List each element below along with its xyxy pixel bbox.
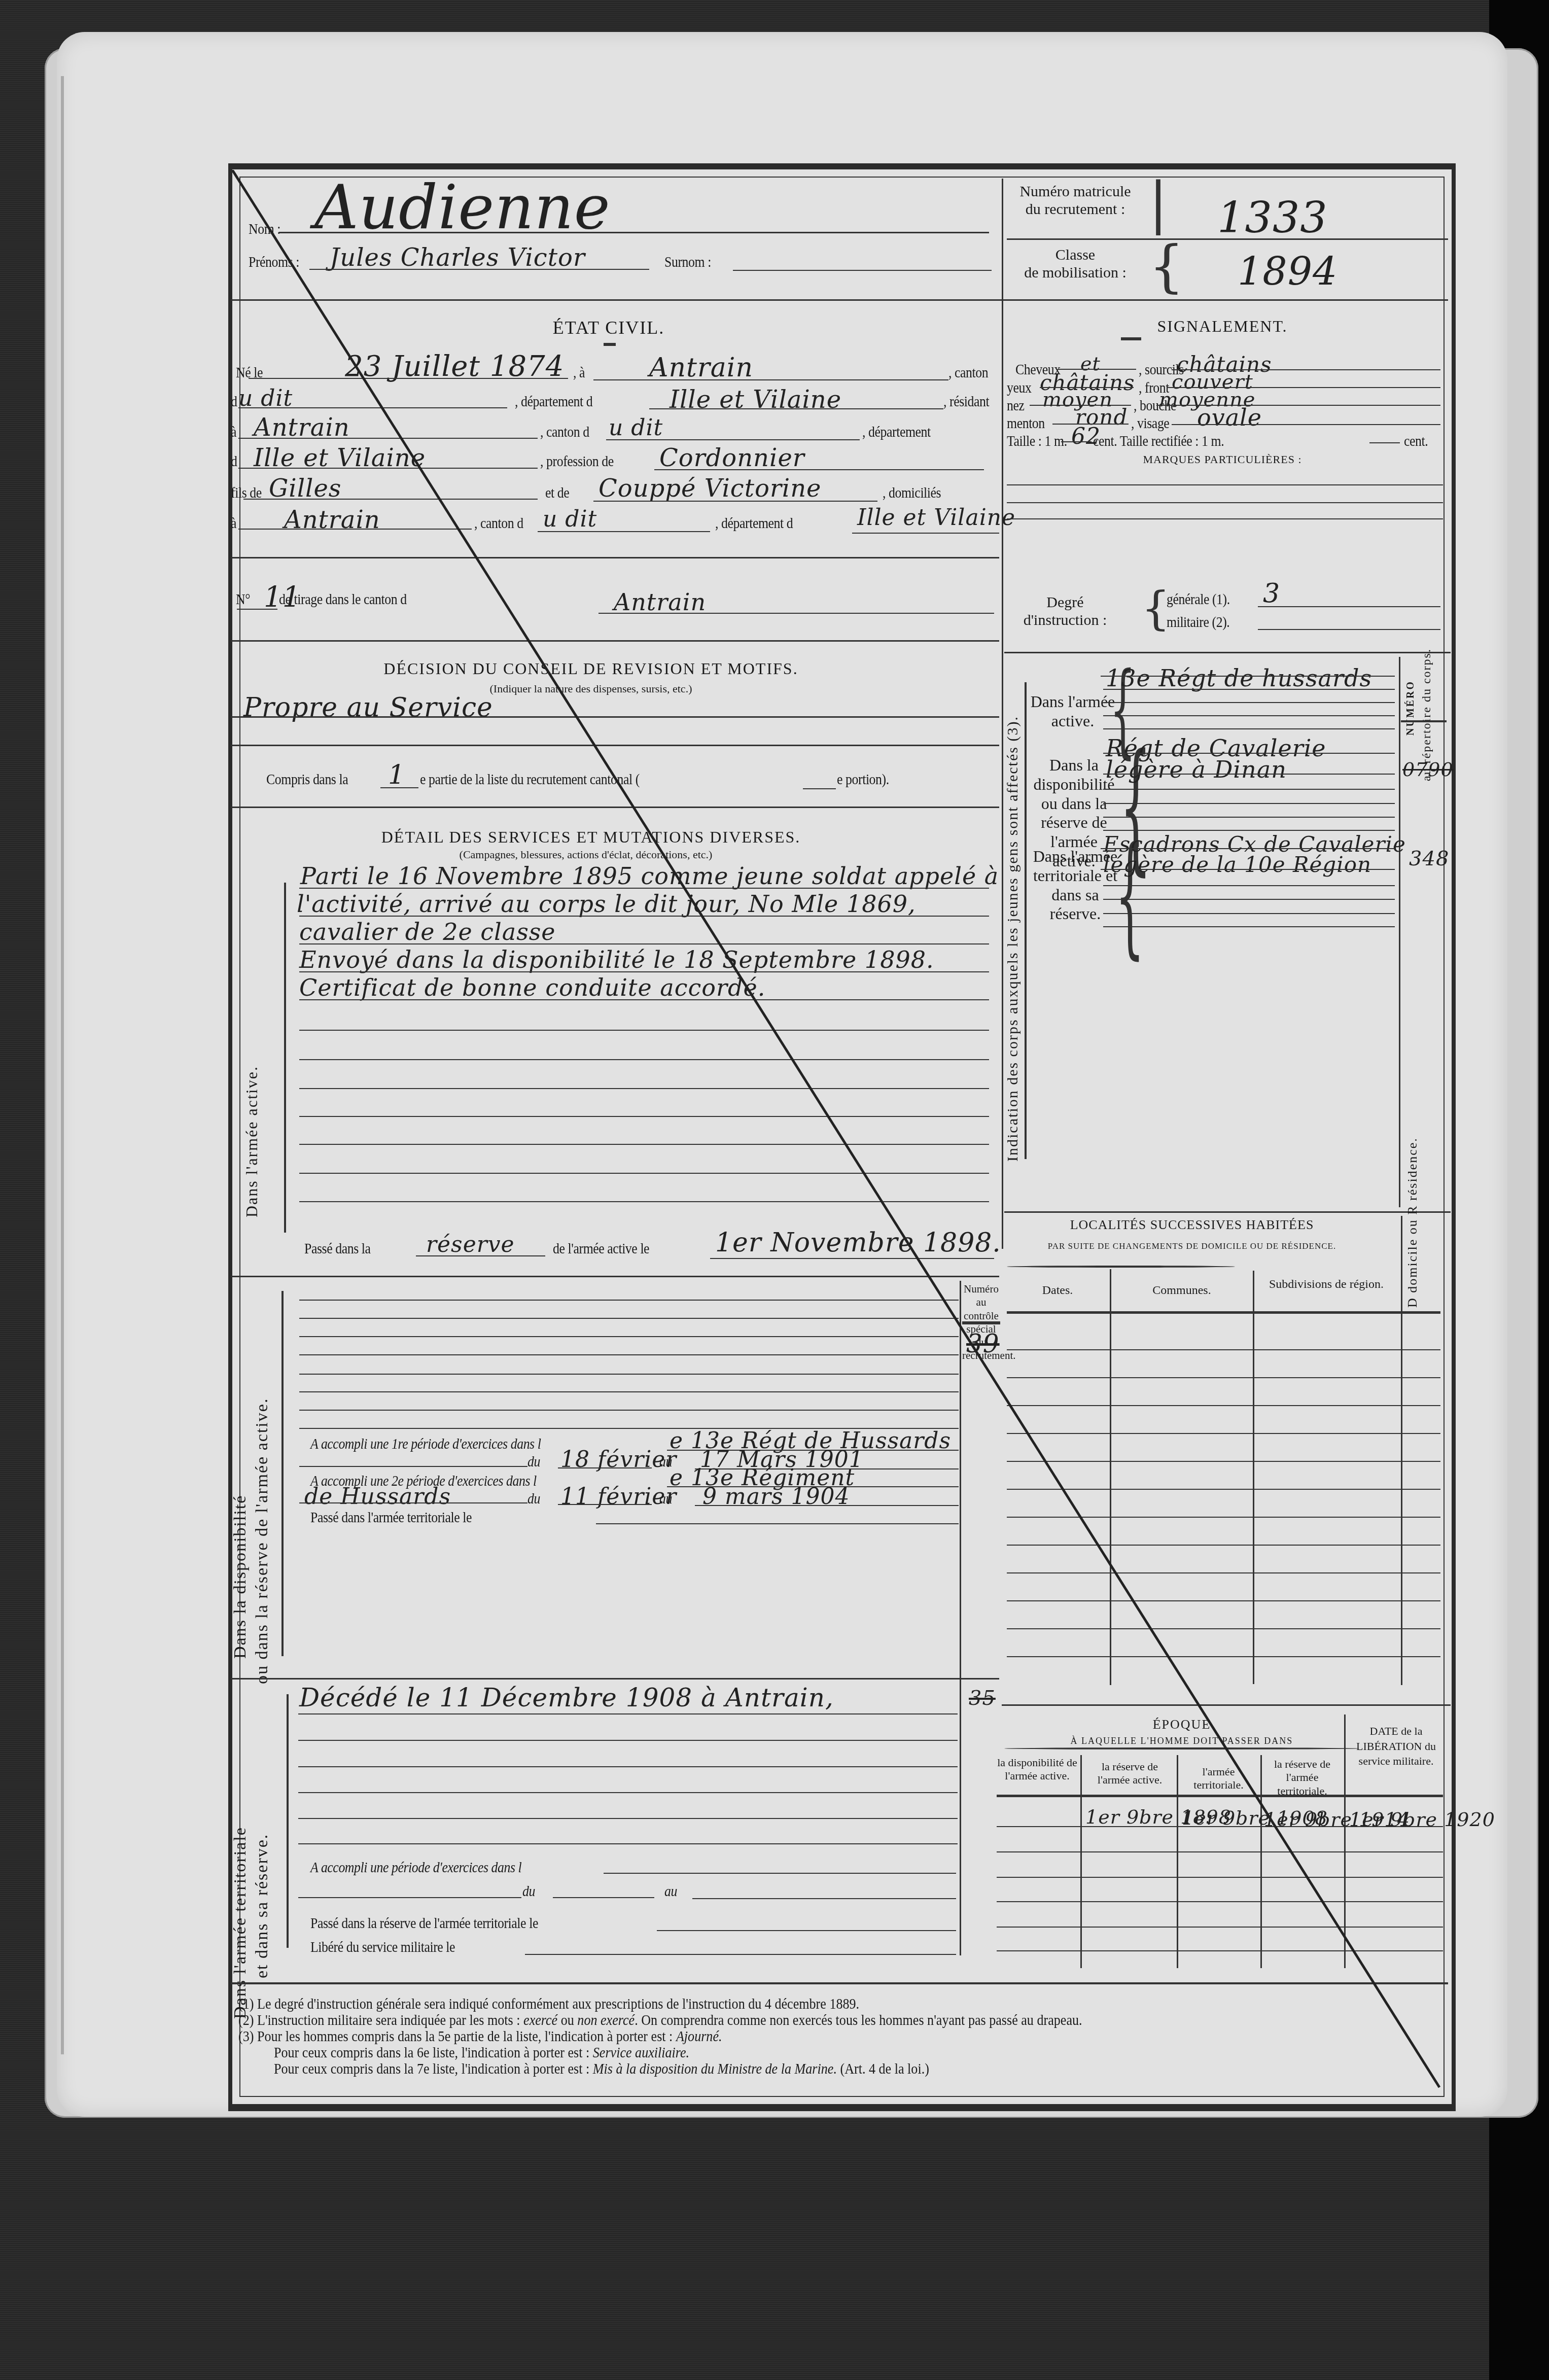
compris-label-1: Compris dans la (266, 771, 348, 788)
services-rule-4 (299, 971, 989, 972)
epoque-rule-5 (997, 1927, 1443, 1928)
corps-row-0-value-1: 13e Régt de hussards (1106, 664, 1372, 692)
departement-underline (649, 408, 943, 409)
services-divider (231, 1276, 999, 1277)
parents-domicile-underline (238, 529, 472, 530)
dispo-rule-4 (299, 1354, 959, 1355)
tirage-no-label: N° (236, 591, 250, 608)
services-rule-11 (299, 1173, 989, 1174)
services-line-5: Certificat de bonne conduite accordé. (299, 974, 765, 1001)
epoque-subtitle: À LAQUELLE L'HOMME DOIT PASSER DANS (1004, 1736, 1359, 1746)
footnote-3-ajourne: Ajourné. (676, 2028, 722, 2045)
classe-brace: { (1149, 238, 1184, 294)
periode1-du-label: du (527, 1453, 540, 1471)
marques-rule-3 (1007, 518, 1443, 519)
territoriale-side-label-1: Dans l'armée territoriale (231, 1735, 250, 2019)
departement2-label: , département (862, 424, 931, 441)
corps-row-1-rule-6 (1103, 830, 1395, 831)
matricule-label-line1: Numéro matricule (1009, 183, 1141, 200)
terr-rule-1 (298, 1713, 958, 1714)
prenoms-underline (309, 269, 649, 270)
a2-label: à (231, 424, 236, 441)
taille-rectifiee-underline (1369, 442, 1400, 443)
compris-underline (380, 787, 418, 788)
services-rule-10 (299, 1144, 989, 1145)
territoriale-numero-value: 35 (969, 1687, 996, 1710)
footnote-3-text: (3) Pour les hommes compris dans la 5e p… (238, 2028, 676, 2045)
localites-title: LOCALITÉS SUCCESSIVES HABITÉES (1035, 1217, 1349, 1233)
corps-row-1-value-2: légère à Dinan (1106, 756, 1287, 783)
d-label: d (231, 393, 237, 410)
corps-row-2-rule-6 (1103, 926, 1395, 927)
terr-reserve-underline (657, 1930, 956, 1931)
territoriale-passe-underline (596, 1523, 959, 1524)
corps-row-1-rule-3 (1103, 789, 1395, 790)
instruction-divider (1004, 652, 1451, 653)
epoque-rule-6 (997, 1950, 1443, 1951)
decision-value: Propre au Service (243, 692, 493, 723)
services-rule-2 (299, 916, 989, 917)
marques-rule-1 (1007, 484, 1443, 485)
corps-numero-divider (1399, 657, 1400, 1207)
localites-col-divider-2 (1253, 1271, 1254, 1684)
territoriale-bracket (287, 1694, 289, 1948)
corps-row-0-rule-4 (1103, 715, 1395, 716)
services-rule-7 (299, 1059, 989, 1060)
etat-civil-divider (231, 557, 999, 558)
services-rule-6 (299, 1030, 989, 1031)
epoque-col-3-header: la réserve de l'armée territoriale. (1263, 1758, 1342, 1798)
pere-underline (243, 499, 538, 500)
localites-rule-11 (1007, 1628, 1440, 1629)
localites-col-dates: Dates. (1009, 1283, 1106, 1298)
tirage-canton-value: Antrain (614, 588, 706, 616)
canton2-underline (606, 439, 860, 440)
marques-title: MARQUES PARTICULIÈRES : (1065, 453, 1380, 466)
decision-line-2 (231, 745, 999, 746)
territoriale-numero-divider (960, 1679, 961, 1955)
localites-col-communes: Communes. (1116, 1283, 1248, 1298)
etat-civil-rule (604, 343, 616, 346)
degre-label-line1: Degré (1019, 593, 1111, 611)
profession-label: , profession de (540, 453, 614, 470)
epoque-col-divider-1 (1080, 1755, 1082, 1968)
corps-row-0-rule-2 (1103, 689, 1395, 690)
footnote-2-exerce: exercé (523, 2012, 557, 2028)
services-line-1: Parti le 16 Novembre 1895 comme jeune so… (300, 862, 999, 890)
matricule-value: 1333 (1217, 193, 1328, 242)
departement-label: , département d (515, 393, 592, 410)
localites-rule-12 (1007, 1656, 1440, 1657)
terr-rule-5 (298, 1818, 958, 1819)
localites-col-subdivisions: Subdivisions de région. (1258, 1277, 1395, 1291)
classe-value: 1894 (1238, 249, 1337, 294)
epoque-header-rule (997, 1795, 1443, 1797)
localites-rule-3 (1007, 1405, 1440, 1406)
domicilies-label: , domiciliés (883, 484, 941, 502)
periode2-du-label: du (527, 1490, 540, 1508)
epoque-brace (1004, 1747, 1359, 1749)
matricule-brace: | (1149, 175, 1168, 231)
corps-numero-header-1: NUMÉRO (1405, 664, 1417, 736)
visage-value: ovale (1197, 404, 1262, 431)
localites-divider (1002, 1704, 1451, 1706)
passe-value-1: réserve (426, 1232, 515, 1257)
tirage-no-underline (237, 609, 277, 610)
terr-periode-label: A accompli une période d'exercices dans … (310, 1859, 521, 1876)
services-rule-12 (299, 1201, 989, 1202)
canton3-label: , canton d (474, 515, 523, 532)
footnotes-divider (231, 1982, 1448, 1984)
footnote-2: (2) L'instruction militaire sera indiqué… (238, 2012, 1082, 2029)
footnote-2-ou: ou (557, 2012, 577, 2028)
corps-row-0-rule-1 (1101, 676, 1395, 677)
dispo-rule-1 (299, 1300, 959, 1301)
epoque-col-1-header: la réserve de l'armée active. (1085, 1760, 1174, 1787)
disponibilite-numero-rule (962, 1321, 1000, 1324)
corps-row-1-rule-1 (1103, 753, 1395, 754)
et-de-label: et de (545, 484, 569, 502)
dispo-rule-5 (299, 1374, 959, 1375)
services-title: DÉTAIL DES SERVICES ET MUTATIONS DIVERSE… (274, 828, 908, 847)
cent-label: cent. (1404, 433, 1428, 450)
residence-underline (238, 438, 538, 439)
decision-divider (231, 807, 999, 808)
periode1-blank-underline (299, 1466, 527, 1467)
disponibilite-side-label-2: ou dans la réserve de l'armée active. (253, 1319, 272, 1684)
terr-libere-underline (525, 1954, 956, 1955)
disponibilite-numero-value: 39 (966, 1329, 1000, 1358)
dispo-rule-7 (299, 1410, 959, 1411)
canton-underline (238, 407, 507, 408)
taille-label: Taille : 1 m. (1007, 433, 1067, 450)
taille-cent-label: cent. Taille rectifiée : 1 m. (1093, 433, 1224, 450)
periode1-du-underline (558, 1467, 652, 1468)
localites-header-rule (1007, 1311, 1440, 1314)
footnote-2-non-exerce: non exercé (577, 2012, 635, 2028)
footnote-5-article: (Art. 4 de la loi.) (837, 2061, 929, 2077)
corps-row-2-rule-2 (1101, 869, 1395, 870)
ne-le-underline (249, 378, 568, 379)
mere-underline (593, 501, 877, 502)
terr-au-label: au (664, 1883, 677, 1900)
localites-rule-9 (1007, 1572, 1440, 1573)
terr-du-label: du (522, 1883, 535, 1900)
terr-periode-underline (604, 1873, 956, 1874)
terr-rule-2 (298, 1740, 958, 1741)
tirage-canton-underline (599, 613, 994, 614)
dispo-rule-6 (299, 1391, 959, 1392)
epoque-rule-3 (997, 1877, 1443, 1878)
canton-label: , canton (948, 364, 988, 381)
generale-value: 3 (1263, 578, 1280, 609)
localites-col-divider-1 (1110, 1269, 1111, 1685)
terr-au-underline (692, 1898, 956, 1899)
dispo-rule-2 (299, 1318, 959, 1319)
services-line-4: Envoyé dans la disponibilité le 18 Septe… (299, 946, 934, 973)
matricule-label: Numéro matricule du recrutement : (1009, 183, 1141, 219)
page-edge (61, 76, 64, 2054)
militaire-underline (1258, 629, 1440, 630)
passe-value-2: 1er Novembre 1898. (715, 1228, 1001, 1258)
epoque-col-divider-3 (1260, 1755, 1262, 1968)
services-rule-8 (299, 1088, 989, 1089)
epoque-col-2-header: l'armée territoriale. (1179, 1765, 1258, 1792)
corps-affectes-divider (1004, 1211, 1451, 1213)
terr-du-underline (553, 1897, 654, 1898)
tirage-divider (231, 640, 999, 642)
degre-label: Degré d'instruction : (1019, 593, 1111, 629)
epoque-liberation-divider (1344, 1714, 1346, 1968)
services-rule-1 (299, 888, 989, 889)
matricule-divider (1007, 238, 1448, 240)
d2-label: d (231, 453, 237, 470)
departement2-underline (238, 468, 538, 469)
liberation-header: DATE de la LIBÉRATION du service militai… (1347, 1724, 1446, 1769)
profession-underline (654, 469, 984, 470)
departement3-value: Ille et Vilaine (857, 505, 1015, 531)
nom-underline (279, 232, 989, 233)
footnote-5-marine: Mis à la disposition du Ministre de la M… (593, 2061, 837, 2077)
corps-row-2-rule-4 (1103, 899, 1395, 900)
services-subtitle: (Campagnes, blessures, actions d'éclat, … (294, 848, 877, 861)
footnote-4-auxiliaire: Service auxiliaire. (593, 2045, 689, 2061)
corps-numero-rule (1401, 720, 1447, 722)
main-column-divider (1002, 179, 1003, 1249)
periode2-du-underline (558, 1504, 652, 1505)
lieu-naissance-value: Antrain (649, 353, 753, 383)
identity-divider (231, 299, 1448, 301)
localites-brace (1007, 1266, 1235, 1268)
canton3-value: u dit (543, 506, 597, 532)
menton-label: menton (1007, 415, 1045, 432)
terr-libere-label: Libéré du service militaire le (310, 1939, 455, 1956)
visage-label: , visage (1131, 415, 1169, 432)
localites-col-domicile: D domicile ou R résidence. (1405, 1216, 1435, 1308)
compris-label-2: e partie de la liste du recrutement cant… (420, 771, 640, 788)
classe-label-line1: Classe (1009, 246, 1141, 264)
periode2-blank-underline (299, 1502, 527, 1503)
corps-row-0-label: Dans l'armée active. (1030, 692, 1116, 731)
epoque-rule-1 (997, 1826, 1443, 1827)
corps-row-2-numero: 348 (1409, 847, 1449, 870)
passe-label-2: de l'armée active le (553, 1240, 649, 1257)
disponibilite-divider (231, 1678, 999, 1679)
services-line-2: l'activité, arrivé au corps le dit jour,… (297, 890, 916, 918)
corps-row-0-rule-3 (1103, 702, 1395, 703)
canton2-value: u dit (609, 415, 663, 441)
generale-underline (1258, 606, 1440, 607)
passe-underline-1 (416, 1255, 545, 1256)
terr-rule-6 (298, 1843, 958, 1844)
services-bracket (284, 883, 286, 1233)
surnom-underline (733, 270, 992, 271)
corps-row-1-numero: 0790 (1402, 758, 1454, 781)
localites-rule-1 (1007, 1349, 1440, 1350)
parents-domicile-value: Antrain (284, 506, 380, 534)
taille-underline (1061, 441, 1092, 442)
liberation-value: 1er 9bre 1920 (1349, 1808, 1495, 1831)
territoriale-passe-label: Passé dans l'armée territoriale le (310, 1509, 472, 1526)
corps-row-2-value-2: légère de la 10e Région (1103, 852, 1371, 877)
disponibilite-side-label-1: Dans la disponibilité (231, 1324, 250, 1659)
corps-row-2-rule-3 (1103, 885, 1395, 886)
terr-blank-underline (298, 1897, 521, 1898)
services-rule-3 (299, 943, 989, 944)
decision-title: DÉCISION DU CONSEIL DE REVISION ET MOTIF… (274, 659, 908, 678)
corps-row-2-rule-5 (1103, 913, 1395, 914)
departement3-label: , département d (715, 515, 793, 532)
footnote-2-text: (2) L'instruction militaire sera indiqué… (238, 2012, 523, 2028)
classe-label-line2: de mobilisation : (1009, 264, 1141, 282)
corps-row-1-rule-5 (1103, 817, 1395, 818)
profession-value: Cordonnier (659, 444, 805, 472)
decision-line-1 (231, 716, 999, 718)
classe-label: Classe de mobilisation : (1009, 246, 1141, 282)
matricule-label-line2: du recrutement : (1009, 200, 1141, 218)
prenoms-label: Prénoms : (249, 254, 299, 271)
yeux-label: yeux (1007, 379, 1031, 397)
periode2-au-underline (695, 1505, 959, 1506)
territoriale-side-label-2: et dans sa réserve. (253, 1775, 272, 1978)
localites-rule-10 (1007, 1600, 1440, 1601)
corps-row-1-rule-4 (1103, 803, 1395, 804)
militaire-label: militaire (2). (1167, 614, 1229, 631)
lieu-naissance-underline (593, 379, 948, 380)
services-rule-5 (299, 999, 989, 1000)
localites-subtitle: PAR SUITE DE CHANGEMENTS DE DOMICILE OU … (1014, 1241, 1369, 1251)
departement-value: Ille et Vilaine (670, 386, 841, 414)
passe-label-1: Passé dans la (304, 1240, 371, 1257)
epoque-rule-4 (997, 1901, 1443, 1902)
periode1-label: A accompli une 1re période d'exercices d… (310, 1436, 541, 1453)
localites-rule-7 (1007, 1517, 1440, 1518)
epoque-col-divider-2 (1177, 1755, 1178, 1968)
services-rule-9 (299, 1116, 989, 1117)
visage-underline (1172, 424, 1440, 425)
footnote-2-rest: . On comprendra comme non exercés tous l… (635, 2012, 1082, 2028)
terr-reserve-label: Passé dans la réserve de l'armée territo… (310, 1915, 538, 1932)
corps-affectes-title: Indication des corps auxquels les jeunes… (1004, 680, 1022, 1162)
footnote-5-text: Pour ceux compris dans la 7e liste, l'in… (274, 2061, 593, 2077)
corps-row-1-rule-2 (1103, 774, 1395, 775)
canton2-label: , canton d (540, 424, 589, 441)
tirage-label: de tirage dans le canton d (279, 591, 407, 608)
passe-underline-2 (710, 1258, 994, 1259)
corps-row-2-rule-1 (1101, 848, 1395, 849)
epoque-title: ÉPOQUE (1045, 1717, 1319, 1732)
cheveux-underline (1058, 369, 1136, 370)
armee-active-side-label: Dans l'armée active. (242, 964, 261, 1217)
canton3-underline (538, 531, 710, 532)
footnote-5: Pour ceux compris dans la 7e liste, l'in… (274, 2061, 929, 2078)
deces-value: Décédé le 11 Décembre 1908 à Antrain, (299, 1683, 834, 1712)
footnote-1: (1) Le degré d'instruction générale sera… (238, 1996, 859, 2013)
degre-label-line2: d'instruction : (1019, 611, 1111, 629)
compris-value: 1 (388, 760, 405, 790)
localites-rule-5 (1007, 1461, 1440, 1462)
footnote-4: Pour ceux compris dans la 6e liste, l'in… (274, 2045, 689, 2061)
services-line-3: cavalier de 2e classe (299, 918, 556, 946)
epoque-col-0-header: la disponibilité de l'armée active. (997, 1756, 1078, 1783)
disponibilite-numero-divider (960, 1281, 961, 1687)
localites-col-divider-3 (1401, 1216, 1402, 1685)
terr-rule-4 (298, 1792, 958, 1793)
instruction-brace: { (1141, 586, 1170, 632)
a-label: , à (573, 364, 585, 381)
departement3-underline (852, 533, 999, 534)
marques-rule-2 (1007, 502, 1443, 503)
dispo-rule-3 (299, 1336, 959, 1337)
mere-value: Couppé Victorine (599, 474, 822, 503)
footnote-3: (3) Pour les hommes compris dans la 5e p… (238, 2028, 722, 2045)
portion-underline (803, 788, 836, 789)
footnote-4-text: Pour ceux compris dans la 6e liste, l'in… (274, 2045, 593, 2061)
nez-label: nez (1007, 397, 1025, 414)
localites-rule-8 (1007, 1545, 1440, 1546)
a3-label: à (231, 515, 236, 532)
signalement-title: SIGNALEMENT. (1070, 317, 1375, 336)
localites-rule-6 (1007, 1489, 1440, 1490)
surnom-label: Surnom : (664, 254, 711, 271)
localites-rule-4 (1007, 1433, 1440, 1434)
localites-rule-2 (1007, 1377, 1440, 1378)
disponibilite-bracket (281, 1291, 284, 1656)
signalement-rule (1121, 337, 1141, 340)
epoque-rule-2 (997, 1851, 1443, 1852)
periode2-corps-value-2: de Hussards (304, 1484, 451, 1510)
generale-label: générale (1). (1167, 591, 1230, 608)
nom-label: Nom : (249, 221, 280, 238)
compris-label-3: e portion). (837, 771, 889, 788)
prenoms-value: Jules Charles Victor (330, 243, 585, 272)
corps-affectes-bracket (1025, 682, 1027, 1159)
residant-label: , résidant (943, 393, 989, 410)
etat-civil-title: ÉTAT CIVIL. (456, 317, 761, 338)
terr-rule-3 (298, 1766, 958, 1767)
periode2-au-label: au (659, 1490, 672, 1508)
